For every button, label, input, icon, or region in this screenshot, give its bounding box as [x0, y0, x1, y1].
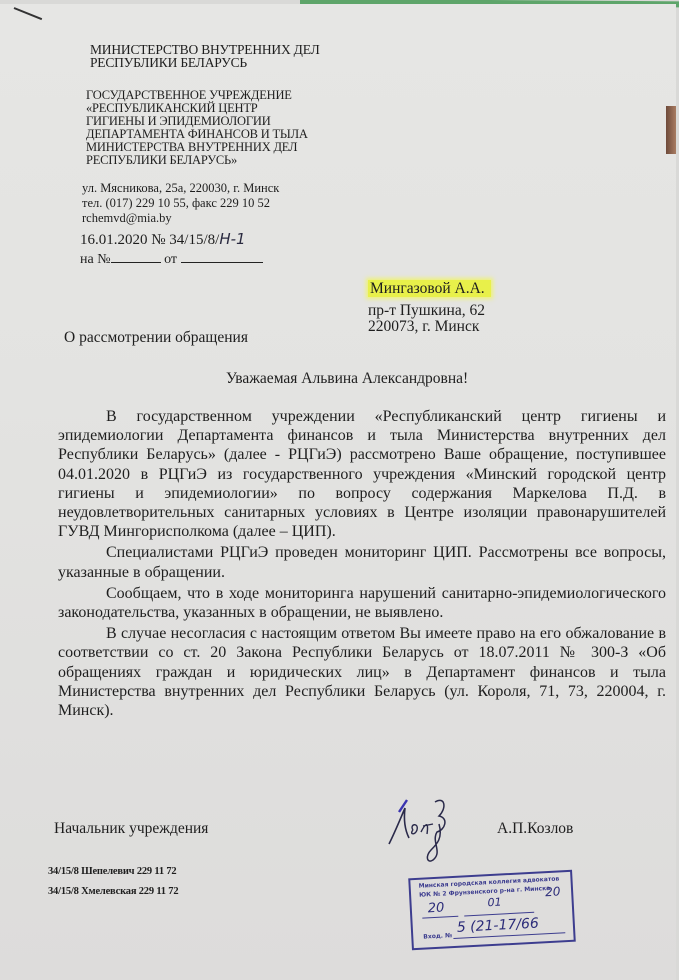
ref-date-blank — [181, 250, 263, 263]
body-paragraph: В государственном учреждении «Республика… — [58, 407, 666, 541]
phone-text: тел. (017) 229 10 55, факс 229 10 52 — [82, 196, 279, 211]
letter-page: МИНИСТЕРСТВО ВНУТРЕННИХ ДЕЛ РЕСПУБЛИКИ Б… — [0, 4, 676, 980]
body-paragraph: Сообщаем, что в ходе мониторинга нарушен… — [58, 584, 666, 622]
stamp-year: 20 — [545, 884, 561, 899]
email-text: rchemvd@mia.by — [82, 211, 279, 226]
recipient-street: пр-т Пушкина, 62 — [368, 303, 491, 319]
ministry-header: МИНИСТЕРСТВО ВНУТРЕННИХ ДЕЛ РЕСПУБЛИКИ Б… — [90, 43, 320, 69]
institution-line: РЕСПУБЛИКИ БЕЛАРУСЬ» — [86, 154, 308, 167]
signatory-name: А.П.Козлов — [497, 820, 573, 838]
recipient-name: Мингазовой А.А. — [368, 280, 491, 297]
handwritten-signature-icon — [385, 794, 465, 864]
background-object — [666, 106, 676, 154]
executor-note: 34/15/8 Шепелевич 229 11 72 — [48, 866, 176, 877]
stamp-in-number: 5 (21-17/66 — [456, 916, 539, 936]
salutation: Уважаемая Альвина Александровна! — [226, 370, 468, 388]
executor-note: 34/15/8 Хмелевская 229 11 72 — [48, 886, 178, 897]
pen-mark — [14, 7, 43, 20]
stamp-day: 20 — [427, 900, 444, 916]
handwritten-number: Н-1 — [219, 230, 245, 248]
recipient-block: Мингазовой А.А. пр-т Пушкина, 62 220073,… — [368, 281, 491, 335]
ref-label: на № — [80, 252, 111, 267]
subject-line: О рассмотрении обращения — [64, 329, 248, 347]
from-label: от — [164, 252, 177, 267]
registration-block: 16.01.2020 № 34/15/8/Н-1 на № от — [80, 230, 263, 269]
contact-block: ул. Мясникова, 25а, 220030, г. Минск тел… — [82, 181, 279, 226]
address-text: ул. Мясникова, 25а, 220030, г. Минск — [82, 181, 279, 196]
signatory-position: Начальник учреждения — [54, 820, 208, 838]
recipient-city: 220073, г. Минск — [368, 319, 491, 335]
body-paragraph: Специалистами РЦГиЭ проведен мониторинг … — [58, 543, 666, 581]
stamp-in-label: Вход. № — [423, 932, 452, 941]
ref-number-blank — [111, 250, 161, 263]
stamp-month: 01 — [487, 895, 502, 909]
incoming-registration-stamp: Минская городская коллегия адвокатов ЮК … — [408, 870, 576, 950]
outgoing-number: 16.01.2020 № 34/15/8/ — [80, 232, 219, 248]
ministry-line: РЕСПУБЛИКИ БЕЛАРУСЬ — [90, 56, 320, 69]
body-paragraph: В случае несогласия с настоящим ответом … — [58, 624, 666, 720]
institution-header: ГОСУДАРСТВЕННОЕ УЧРЕЖДЕНИЕ «РЕСПУБЛИКАНС… — [86, 89, 308, 167]
letter-body: В государственном учреждении «Республика… — [58, 407, 666, 720]
